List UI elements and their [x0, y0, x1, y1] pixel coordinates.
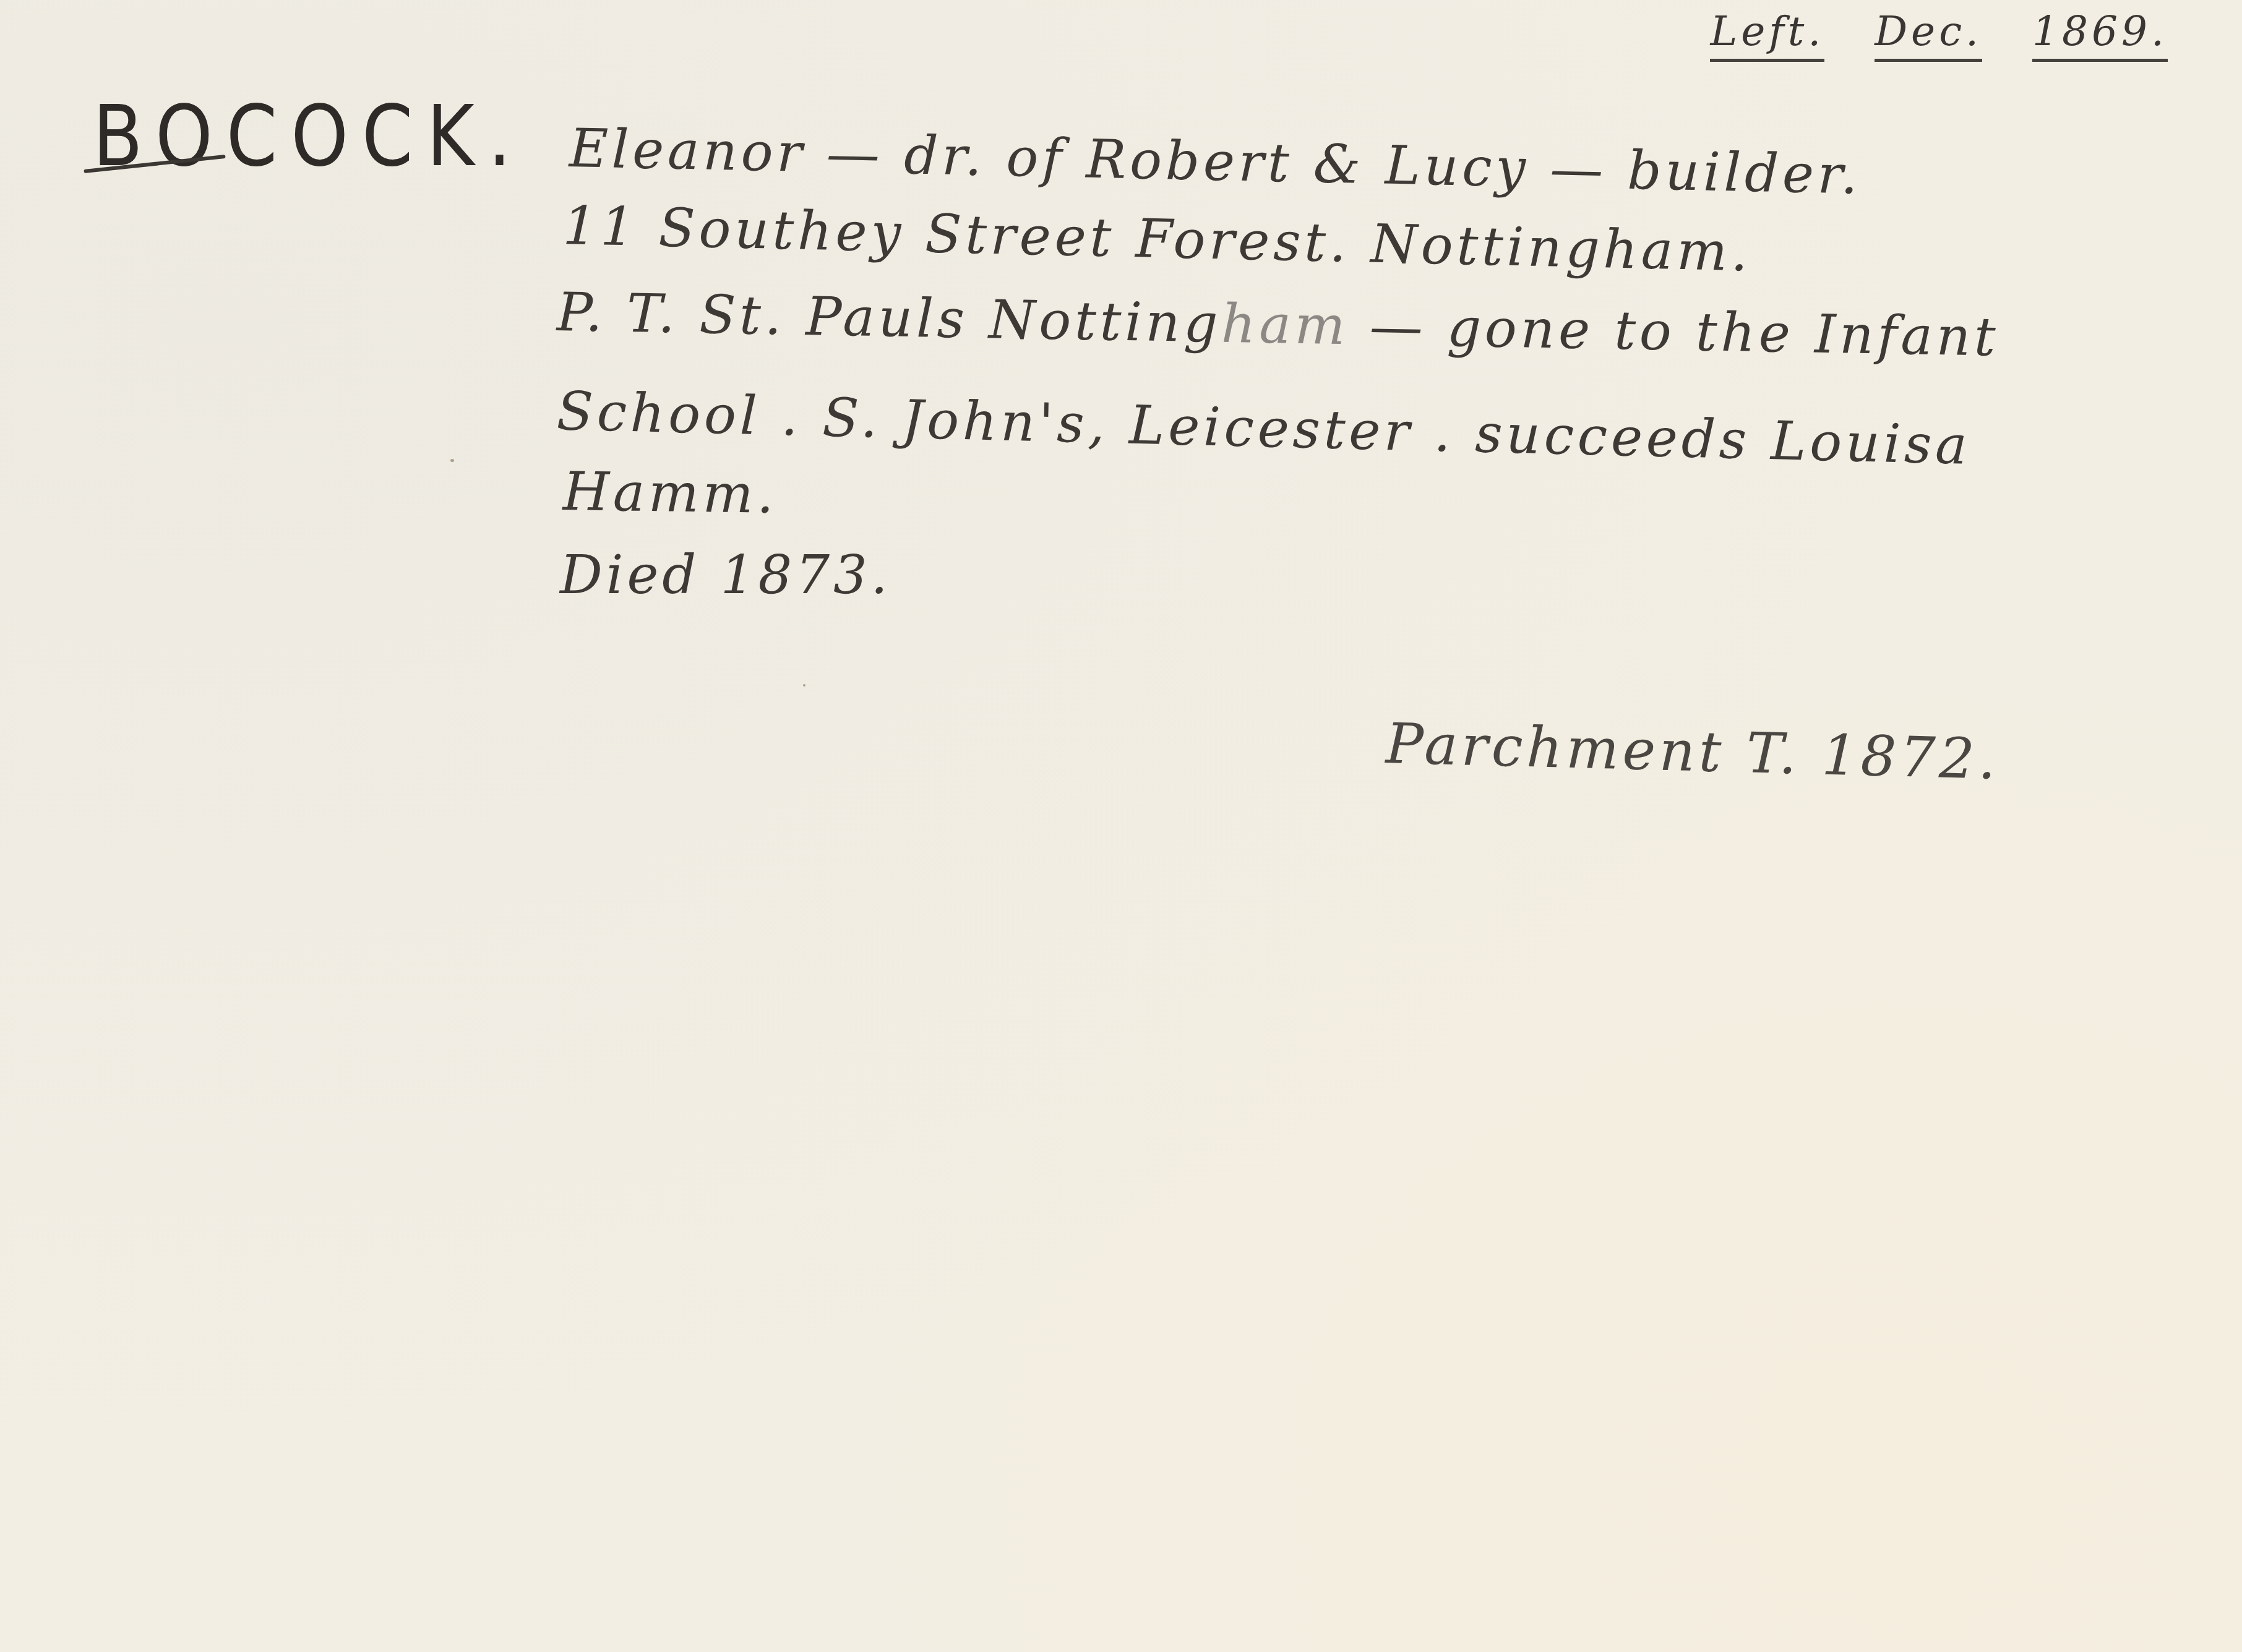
left-date-note: Left. Dec. 1869.	[1710, 7, 2168, 55]
surname-heading: BOCOCK.	[93, 87, 525, 185]
certificate-note: Parchment T. 1872.	[1385, 711, 2001, 792]
entry-line-pupil-teacher: P. T. St. Pauls Nottingham — gone to the…	[556, 281, 1999, 369]
entry-line-pupil-teacher-rest: — gone to the Infant	[1349, 295, 2000, 368]
paper-speck	[450, 459, 454, 462]
entry-line-address: 11 Southey Street Forest. Nottingham.	[562, 195, 1752, 284]
entry-line-predecessor: Hamm.	[562, 461, 778, 526]
entry-line-school: School . S. John's, Leicester . succeeds…	[556, 380, 1972, 477]
entry-line-pupil-teacher-faint: ham	[1221, 293, 1349, 357]
entry-line-died: Died 1873.	[560, 544, 891, 606]
entry-line-parentage: Eleanor — dr. of Robert & Lucy — builder…	[569, 118, 1862, 207]
left-label: Left.	[1710, 7, 1824, 62]
entry-line-pupil-teacher-dark: P. T. St. Pauls Notting	[556, 281, 1222, 355]
register-page: Left. Dec. 1869. BOCOCK. Eleanor — dr. o…	[0, 0, 2242, 1652]
paper-speck	[803, 684, 805, 687]
left-month: Dec.	[1875, 7, 1982, 62]
left-year: 1869.	[2032, 7, 2168, 62]
